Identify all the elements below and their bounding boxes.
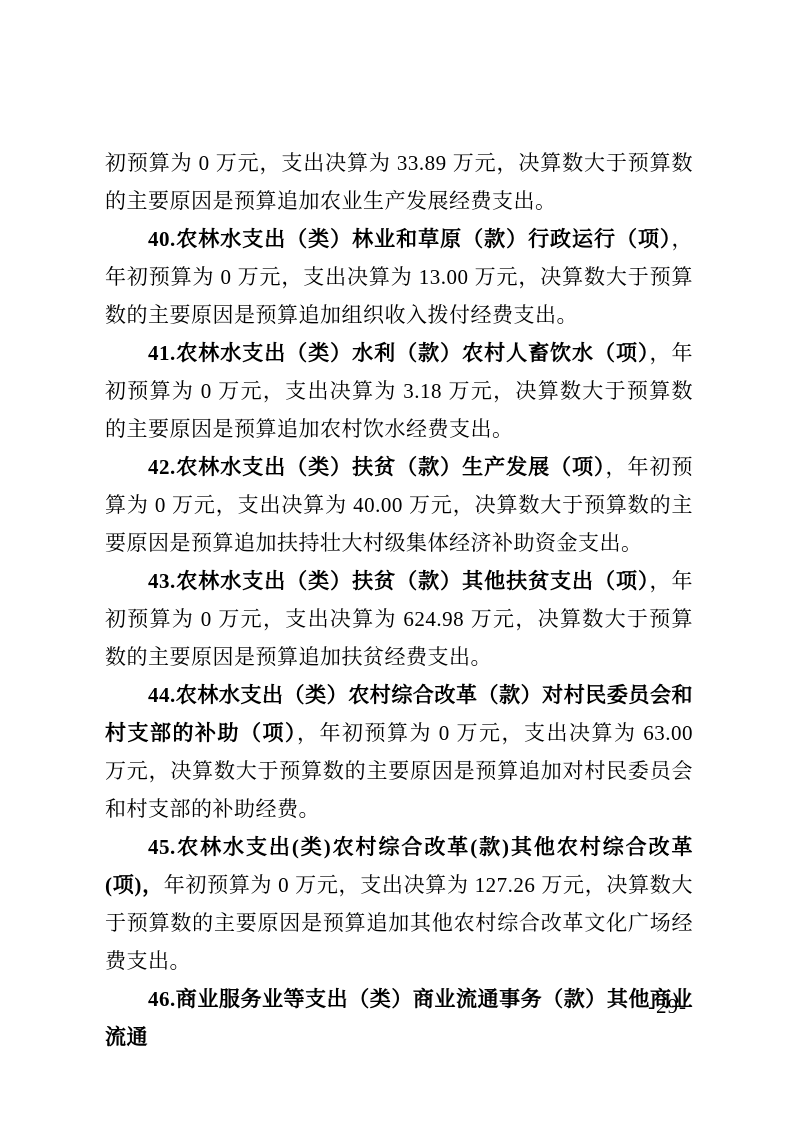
paragraph-heading: 43.农林水支出（类）扶贫（款）其他扶贫支出（项） — [148, 569, 650, 593]
paragraph-heading: 40.农林水支出（类）林业和草原（款）行政运行（项） — [148, 227, 672, 251]
paragraph: 41.农林水支出（类）水利（款）农村人畜饮水（项），年初预算为 0 万元，支出决… — [105, 334, 693, 448]
paragraph-heading: 46.商业服务业等支出（类）商业流通事务（款）其他商业流通 — [105, 987, 693, 1049]
paragraph: 46.商业服务业等支出（类）商业流通事务（款）其他商业流通 — [105, 980, 693, 1056]
paragraph: 44.农林水支出（类）农村综合改革（款）对村民委员会和村支部的补助（项），年初预… — [105, 676, 693, 828]
paragraph: 初预算为 0 万元，支出决算为 33.89 万元，决算数大于预算数的主要原因是预… — [105, 144, 693, 220]
paragraph: 42.农林水支出（类）扶贫（款）生产发展（项），年初预算为 0 万元，支出决算为… — [105, 448, 693, 562]
paragraph-text: 初预算为 0 万元，支出决算为 33.89 万元，决算数大于预算数的主要原因是预… — [105, 151, 693, 213]
paragraph: 45.农林水支出(类)农村综合改革(款)其他农村综合改革(项)，年初预算为 0 … — [105, 828, 693, 980]
page-number: -29- — [648, 992, 687, 1020]
paragraph: 43.农林水支出（类）扶贫（款）其他扶贫支出（项），年初预算为 0 万元，支出决… — [105, 562, 693, 676]
document-page: 初预算为 0 万元，支出决算为 33.89 万元，决算数大于预算数的主要原因是预… — [0, 0, 793, 1122]
paragraph-heading: 42.农林水支出（类）扶贫（款）生产发展（项） — [148, 455, 606, 479]
document-body: 初预算为 0 万元，支出决算为 33.89 万元，决算数大于预算数的主要原因是预… — [105, 144, 693, 1056]
paragraph: 40.农林水支出（类）林业和草原（款）行政运行（项），年初预算为 0 万元，支出… — [105, 220, 693, 334]
paragraph-heading: 41.农林水支出（类）水利（款）农村人畜饮水（项） — [148, 341, 650, 365]
paragraph-text: 年初预算为 0 万元，支出决算为 127.26 万元，决算数大于预算数的主要原因… — [105, 873, 693, 973]
